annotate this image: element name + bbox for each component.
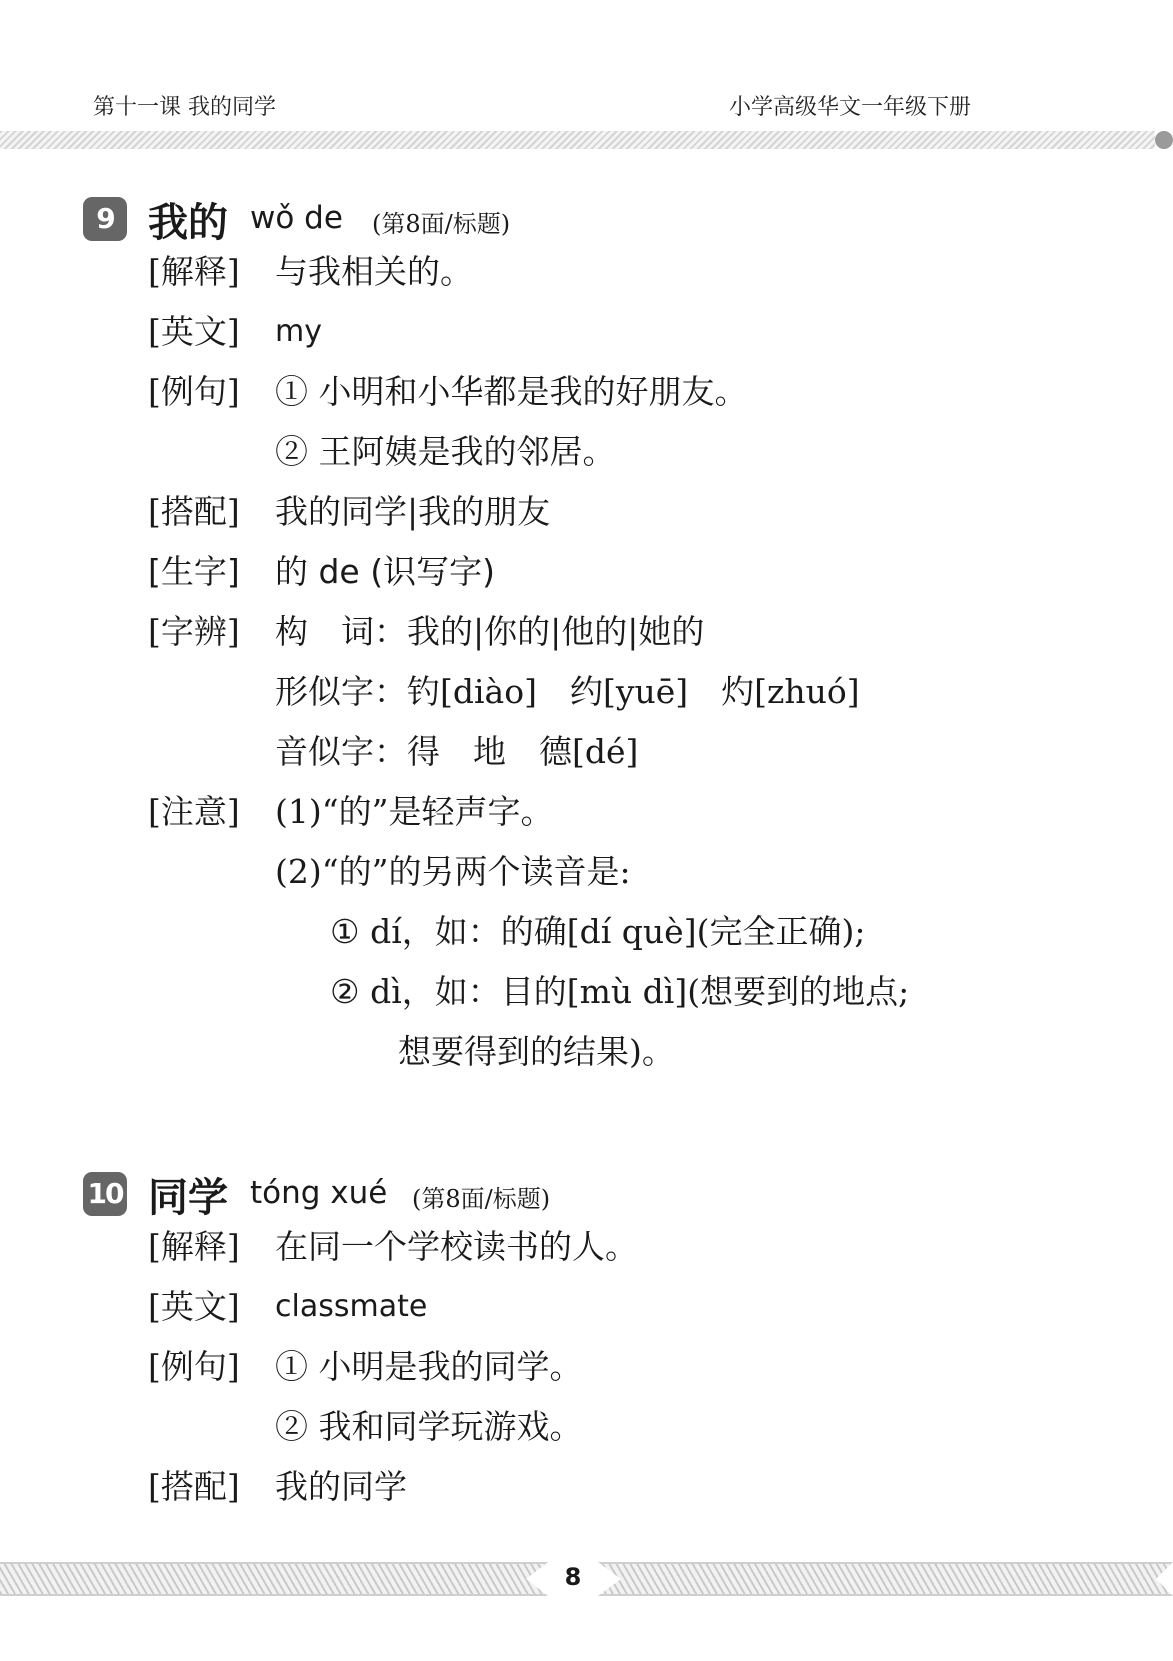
row-text: 在同一个学校读书的人。 [275,1227,638,1267]
header-divider-dot [1155,131,1173,149]
row-label: [注意] [148,792,240,832]
row-text: 形似字：钓[diào] 约[yuē] 灼[zhuó] [275,672,860,712]
entry-number-badge: 9 [83,197,127,241]
row-text: 构 词：我的|你的|他的|她的 [275,612,704,652]
row-label: [例句] [148,1347,240,1387]
row-label: [例句] [148,372,240,412]
lesson-title: 第十一课 我的同学 [93,90,276,121]
page-number: 8 [560,1563,586,1591]
row-text: ① 小明和小华都是我的好朋友。 [275,372,748,412]
row-label: [英文] [148,312,240,352]
row-text: (2)“的”的另两个读音是: [275,852,631,892]
row-label: [搭配] [148,492,240,532]
row-text: ① 小明是我的同学。 [275,1347,583,1387]
row-text: 音似字：得 地 德[dé] [275,732,638,772]
entry-pinyin: wǒ de [250,200,343,236]
row-label: [生字] [148,552,240,592]
book-title: 小学高级华文一年级下册 [729,90,971,121]
row-text: 我的同学|我的朋友 [275,492,550,532]
entry-source: (第8面/标题) [412,1179,550,1214]
entry-word: 我的 [148,191,228,248]
row-text: my [275,312,322,352]
row-text: ② 王阿姨是我的邻居。 [275,432,616,472]
row-text: ② dì，如：目的[mù dì](想要到的地点; [330,972,909,1012]
footer-divider-right [598,1562,1173,1596]
entry-word: 同学 [148,1166,228,1223]
row-label: [解释] [148,252,240,292]
row-text: (1)“的”是轻声字。 [275,792,554,832]
row-text: ① dí，如：的确[dí què](完全正确); [330,912,865,952]
entry-pinyin: tóng xué [250,1175,387,1211]
row-text: 与我相关的。 [275,252,473,292]
footer-divider-left [0,1562,548,1596]
row-text: 我的同学 [275,1467,407,1507]
entry-source: (第8面/标题) [372,204,510,239]
row-label: [英文] [148,1287,240,1327]
header-divider [0,131,1155,149]
row-label: [字辨] [148,612,240,652]
row-text: 的 de (识写字) [275,552,495,592]
row-text: classmate [275,1287,427,1327]
row-label: [搭配] [148,1467,240,1507]
row-label: [解释] [148,1227,240,1267]
row-text: 想要得到的结果)。 [398,1032,675,1072]
row-text: ② 我和同学玩游戏。 [275,1407,583,1447]
entry-number-badge: 10 [83,1172,127,1216]
